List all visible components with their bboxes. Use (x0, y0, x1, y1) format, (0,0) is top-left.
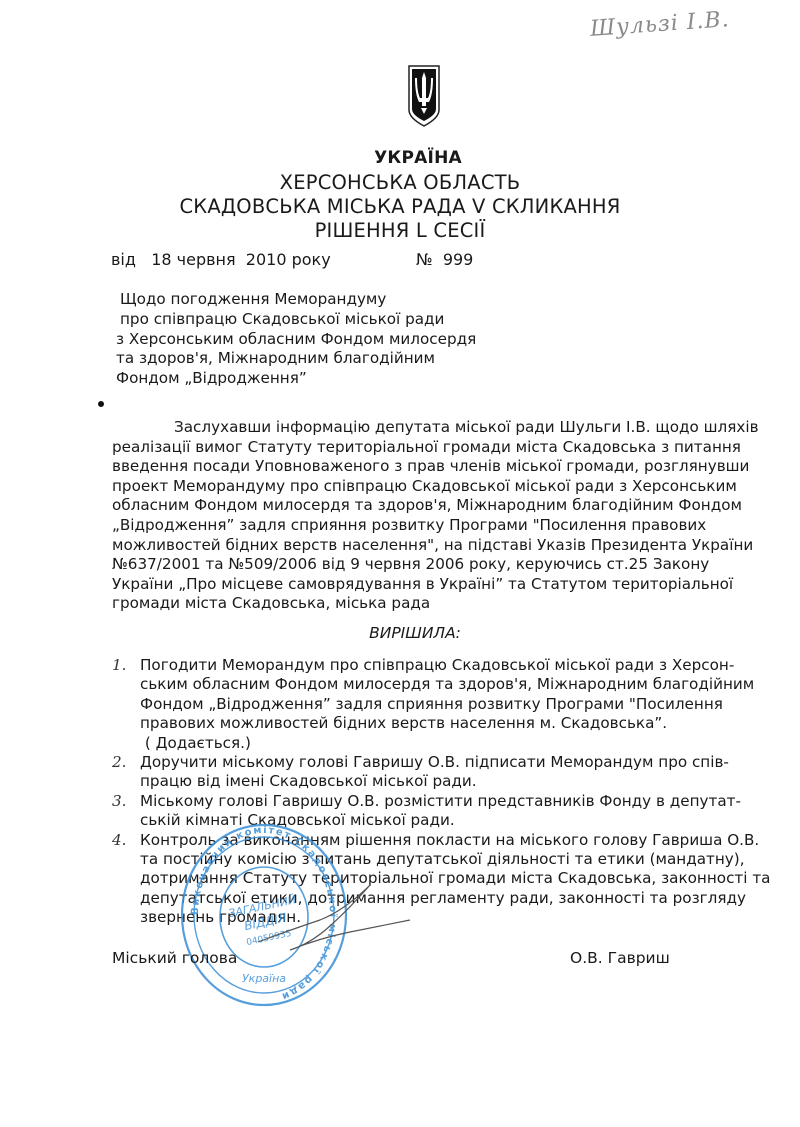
preamble-line: введення посади Уповноваженого з прав чл… (112, 457, 680, 477)
preamble-line: Заслухавши інформацію депутата міської р… (112, 418, 680, 438)
decision-date: від 18 червня 2010 року (111, 250, 331, 269)
item-line: Фондом „Відродження” задля сприяння розв… (140, 695, 680, 714)
item-line: Погодити Меморандум про співпрацю Скадов… (140, 656, 680, 675)
item-line: Доручити міському голові Гавришу О.В. пі… (140, 753, 680, 772)
preamble-line: можливостей бідних верств населення", на… (112, 536, 680, 556)
item-number: 1. (112, 656, 127, 675)
preamble-line: проект Меморандуму про співпрацю Скадовс… (112, 477, 680, 497)
decision-number: № 999 (416, 250, 473, 269)
preamble-paragraph: Заслухавши інформацію депутата міської р… (112, 418, 680, 614)
decision-heading: РІШЕННЯ L СЕСІЇ (0, 219, 800, 242)
signatory-name: О.В. Гавриш (570, 949, 670, 967)
preamble-line: України „Про місцеве самоврядування в Ук… (112, 575, 680, 595)
decision-subject: Щодо погодження Меморандуму про співпрац… (116, 290, 476, 389)
resolved-heading: ВИРІШИЛА: (0, 624, 800, 642)
resolution-item-1: 1. Погодити Меморандум про співпрацю Ска… (112, 656, 680, 753)
signatory-title: Міський голова (112, 949, 237, 967)
item-line: ським обласним Фондом милосердя та здоро… (140, 675, 680, 694)
preamble-line: громади міста Скадовська, міська рада (112, 594, 680, 614)
subject-line: Фондом „Відродження” (116, 369, 476, 389)
item-line: Міському голові Гавришу О.В. розмістити … (140, 792, 680, 811)
handwritten-note: Шульзі І.В. (589, 7, 730, 42)
council-heading: СКАДОВСЬКА МІСЬКА РАДА V СКЛИКАННЯ (0, 195, 800, 218)
subject-line: про співпрацю Скадовської міської ради (116, 310, 476, 330)
region-heading: ХЕРСОНСЬКА ОБЛАСТЬ (0, 171, 800, 194)
stamp-bottom: Україна (242, 972, 286, 985)
item-number: 2. (112, 753, 127, 772)
item-number: 3. (112, 792, 127, 811)
subject-line: та здоров'я, Міжнародним благодійним (116, 349, 476, 369)
subject-line: Щодо погодження Меморандуму (116, 290, 476, 310)
preamble-line: №637/2001 та №509/2006 від 9 червня 2006… (112, 555, 680, 575)
date-number-line: від 18 червня 2010 року № 999 (111, 250, 331, 269)
coat-of-arms-icon (407, 64, 441, 128)
item-line: працю від імені Скадовської міської ради… (140, 772, 680, 791)
item-line: правових можливостей бідних верств насел… (140, 714, 680, 733)
preamble-line: обласним Фондом милосердя та здоров'я, М… (112, 496, 680, 516)
country-heading: УКРАЇНА (18, 148, 800, 168)
preamble-line: реалізації вимог Статуту територіальної … (112, 438, 680, 458)
item-number: 4. (112, 831, 127, 850)
subject-line: з Херсонським обласним Фондом милосердя (116, 330, 476, 350)
handwritten-signature-icon (250, 880, 430, 960)
bullet-dot (98, 401, 104, 407)
preamble-line: „Відродження” задля сприяння розвитку Пр… (112, 516, 680, 536)
item-attachment-note: ( Додається.) (140, 734, 680, 753)
resolution-item-2: 2. Доручити міському голові Гавришу О.В.… (112, 753, 680, 792)
